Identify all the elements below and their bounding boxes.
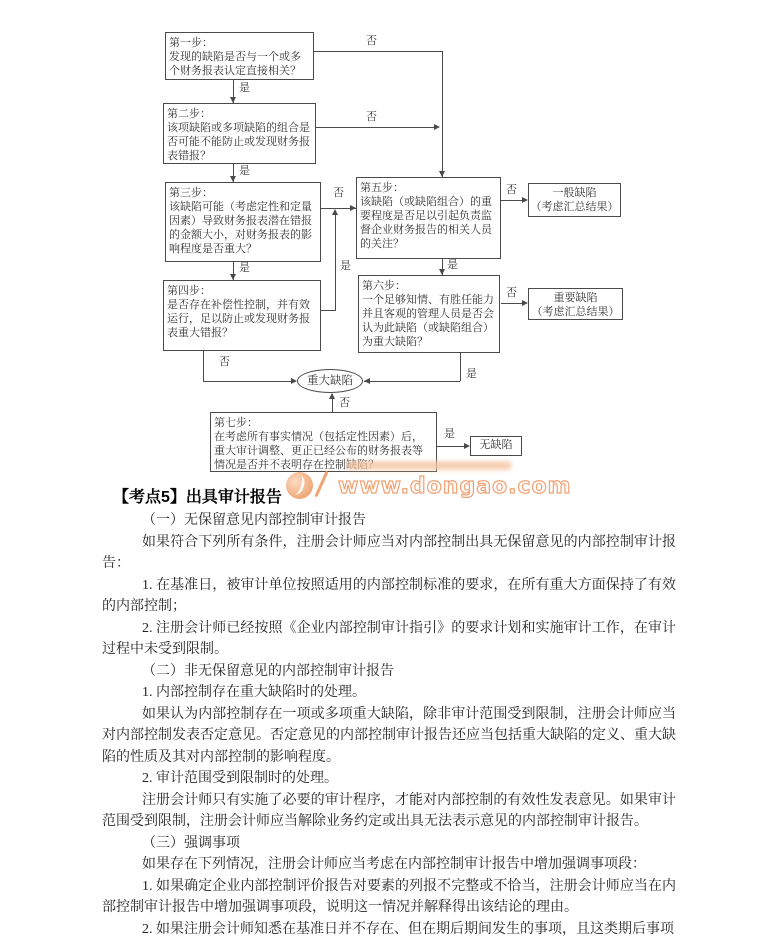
- paragraph: （一）无保留意见内部控制审计报告: [102, 510, 676, 532]
- arrowhead-down-icon: [230, 274, 236, 280]
- step3-title: 第三步：: [169, 186, 317, 200]
- arrowhead-left-icon: [364, 378, 370, 384]
- step7-question: 在考虑所有事实情况（包括定性因素）后，重大审计调整、更正已经公布的财务报表等情况…: [214, 431, 423, 471]
- step1-question: 发现的缺陷是否与一个或多个财务报表认定直接相关？: [169, 51, 301, 77]
- step4-question: 是否存在补偿性控制，并有效运行，足以防止或发现财务报表重大错报？: [167, 299, 310, 339]
- paragraph: 2. 如果注册会计师知悉在基准日并不存在、但在期后期间发生的事项，且这类期后事项: [102, 919, 676, 938]
- connector-line: [321, 310, 336, 311]
- edge-label-yes: 是: [340, 260, 351, 272]
- flowchart-step7-box: 第七步： 在考虑所有事实情况（包括定性因素）后，重大审计调整、更正已经公布的财务…: [210, 412, 437, 472]
- arrowhead-right-icon: [434, 124, 440, 130]
- connector-line: [364, 381, 460, 382]
- edge-label-yes: 是: [466, 368, 477, 380]
- paragraph: （三）强调事项: [102, 833, 676, 855]
- outcome-general-line2: （考虑汇总结果）: [531, 201, 619, 213]
- connector-line: [501, 303, 523, 304]
- edge-label-no: 否: [333, 187, 344, 199]
- step7-title: 第七步：: [214, 416, 433, 430]
- paragraph: 1. 如果确定企业内部控制评价报告对要素的列报不完整或不恰当，注册会计师应当在内…: [102, 876, 676, 919]
- step2-title: 第二步：: [167, 107, 312, 121]
- paragraph: 2. 审计范围受到限制时的处理。: [102, 768, 676, 790]
- arrowhead-up-icon: [329, 393, 335, 399]
- arrowhead-right-icon: [350, 205, 356, 211]
- edge-label-no: 否: [366, 111, 377, 123]
- outcome-no-deficiency-box: 无缺陷: [470, 436, 522, 456]
- flowchart-step5-box: 第五步： 该缺陷（或缺陷组合）的重要程度是否足以引起负责监督企业财务报告的相关人…: [356, 177, 501, 259]
- connector-line: [501, 200, 523, 201]
- flowchart-step2-box: 第二步： 该项缺陷或多项缺陷的组合是否可能不能防止或发现财务报表错报？: [163, 103, 316, 164]
- connector-line: [313, 51, 443, 52]
- paragraph: 1. 内部控制存在重大缺陷时的处理。: [102, 682, 676, 704]
- paragraph: 注册会计师只有实施了必要的审计程序，才能对内部控制的有效性发表意见。如果审计范围…: [102, 790, 676, 833]
- edge-label-yes: 是: [444, 428, 455, 440]
- edge-label-yes: 是: [239, 165, 250, 177]
- paragraph: （二）非无保留意见的内部控制审计报告: [102, 661, 676, 683]
- paragraph: 如果存在下列情况，注册会计师应当考虑在内部控制审计报告中增加强调事项段：: [102, 854, 676, 876]
- flowchart-step3-box: 第三步： 该缺陷可能（考虑定性和定量因素）导致财务报表潜在错报的金额大小，对财务…: [165, 182, 321, 262]
- flowchart-step1-box: 第一步： 发现的缺陷是否与一个或多个财务报表认定直接相关？: [165, 32, 314, 80]
- document-body: 【考点5】出具审计报告 （一）无保留意见内部控制审计报告 如果符合下列所有条件，…: [102, 484, 676, 938]
- outcome-general-line1: 一般缺陷: [529, 186, 620, 200]
- arrowhead-up-icon: [332, 209, 338, 215]
- step5-title: 第五步：: [360, 181, 497, 195]
- edge-label-yes: 是: [239, 262, 250, 274]
- arrowhead-down-icon: [230, 176, 236, 182]
- step4-title: 第四步：: [167, 284, 317, 298]
- arrowhead-right-icon: [522, 300, 528, 306]
- connector-line: [316, 127, 435, 128]
- arrowhead-right-icon: [464, 443, 470, 449]
- outcome-significant-line1: 重要缺陷: [529, 291, 622, 305]
- step1-title: 第一步：: [169, 36, 310, 50]
- connector-line: [437, 446, 465, 447]
- arrowhead-right-icon: [291, 378, 297, 384]
- paragraph: 如果认为内部控制存在一项或多项重大缺陷，除非审计范围受到限制，注册会计师应当对内…: [102, 704, 676, 769]
- edge-label-no: 否: [506, 184, 517, 196]
- flowchart-step6-box: 第六步： 一个足够知情、有胜任能力并且客观的管理人员是否会认为此缺陷（或缺陷组合…: [358, 275, 500, 353]
- flowchart-step4-box: 第四步： 是否存在补偿性控制，并有效运行，足以防止或发现财务报表重大错报？: [163, 280, 321, 351]
- outcome-significant-line2: （考虑汇总结果）: [532, 306, 620, 318]
- arrowhead-right-icon: [522, 197, 528, 203]
- paragraph: 如果符合下列所有条件，注册会计师应当对内部控制出具无保留意见的内部控制审计报告：: [102, 532, 676, 575]
- step5-question: 该缺陷（或缺陷组合）的重要程度是否足以引起负责监督企业财务报告的相关人员的关注？: [360, 196, 492, 250]
- connector-line: [203, 350, 204, 381]
- connector-line: [335, 213, 336, 310]
- edge-label-no: 否: [366, 35, 377, 47]
- edge-label-no: 否: [339, 397, 350, 409]
- arrowhead-down-icon: [439, 171, 445, 177]
- edge-label-yes: 是: [447, 259, 458, 271]
- step3-question: 该缺陷可能（考虑定性和定量因素）导致财务报表潜在错报的金额大小，对财务报表的影响…: [169, 201, 312, 255]
- edge-label-yes: 是: [239, 82, 250, 94]
- paragraph: 2. 注册会计师已经按照《企业内部控制审计指引》的要求计划和实施审计工作，在审计…: [102, 618, 676, 661]
- step6-question: 一个足够知情、有胜任能力并且客观的管理人员是否会认为此缺陷（或缺陷组合）为重大缺…: [362, 294, 494, 348]
- paragraph: 1. 在基准日，被审计单位按照适用的内部控制标准的要求，在所有重大方面保持了有效…: [102, 575, 676, 618]
- edge-label-no: 否: [506, 287, 517, 299]
- connector-line: [442, 51, 443, 177]
- step2-question: 该项缺陷或多项缺陷的组合是否可能不能防止或发现财务报表错报？: [167, 122, 310, 162]
- connector-line: [460, 353, 461, 381]
- deficiency-evaluation-flowchart: 第一步： 发现的缺陷是否与一个或多个财务报表认定直接相关？ 第二步： 该项缺陷或…: [0, 0, 778, 478]
- outcome-significant-deficiency-box: 重要缺陷 （考虑汇总结果）: [528, 288, 623, 320]
- arrowhead-down-icon: [230, 97, 236, 103]
- step6-title: 第六步：: [362, 279, 496, 293]
- outcome-general-deficiency-box: 一般缺陷 （考虑汇总结果）: [528, 183, 621, 217]
- textbook-page: 第一步： 发现的缺陷是否与一个或多个财务报表认定直接相关？ 第二步： 该项缺陷或…: [0, 0, 778, 938]
- material-weakness-terminal: 重大缺陷: [297, 369, 363, 393]
- topic-heading: 【考点5】出具审计报告: [113, 484, 676, 507]
- arrowhead-down-icon: [439, 269, 445, 275]
- edge-label-no: 否: [219, 356, 230, 368]
- connector-line: [203, 381, 292, 382]
